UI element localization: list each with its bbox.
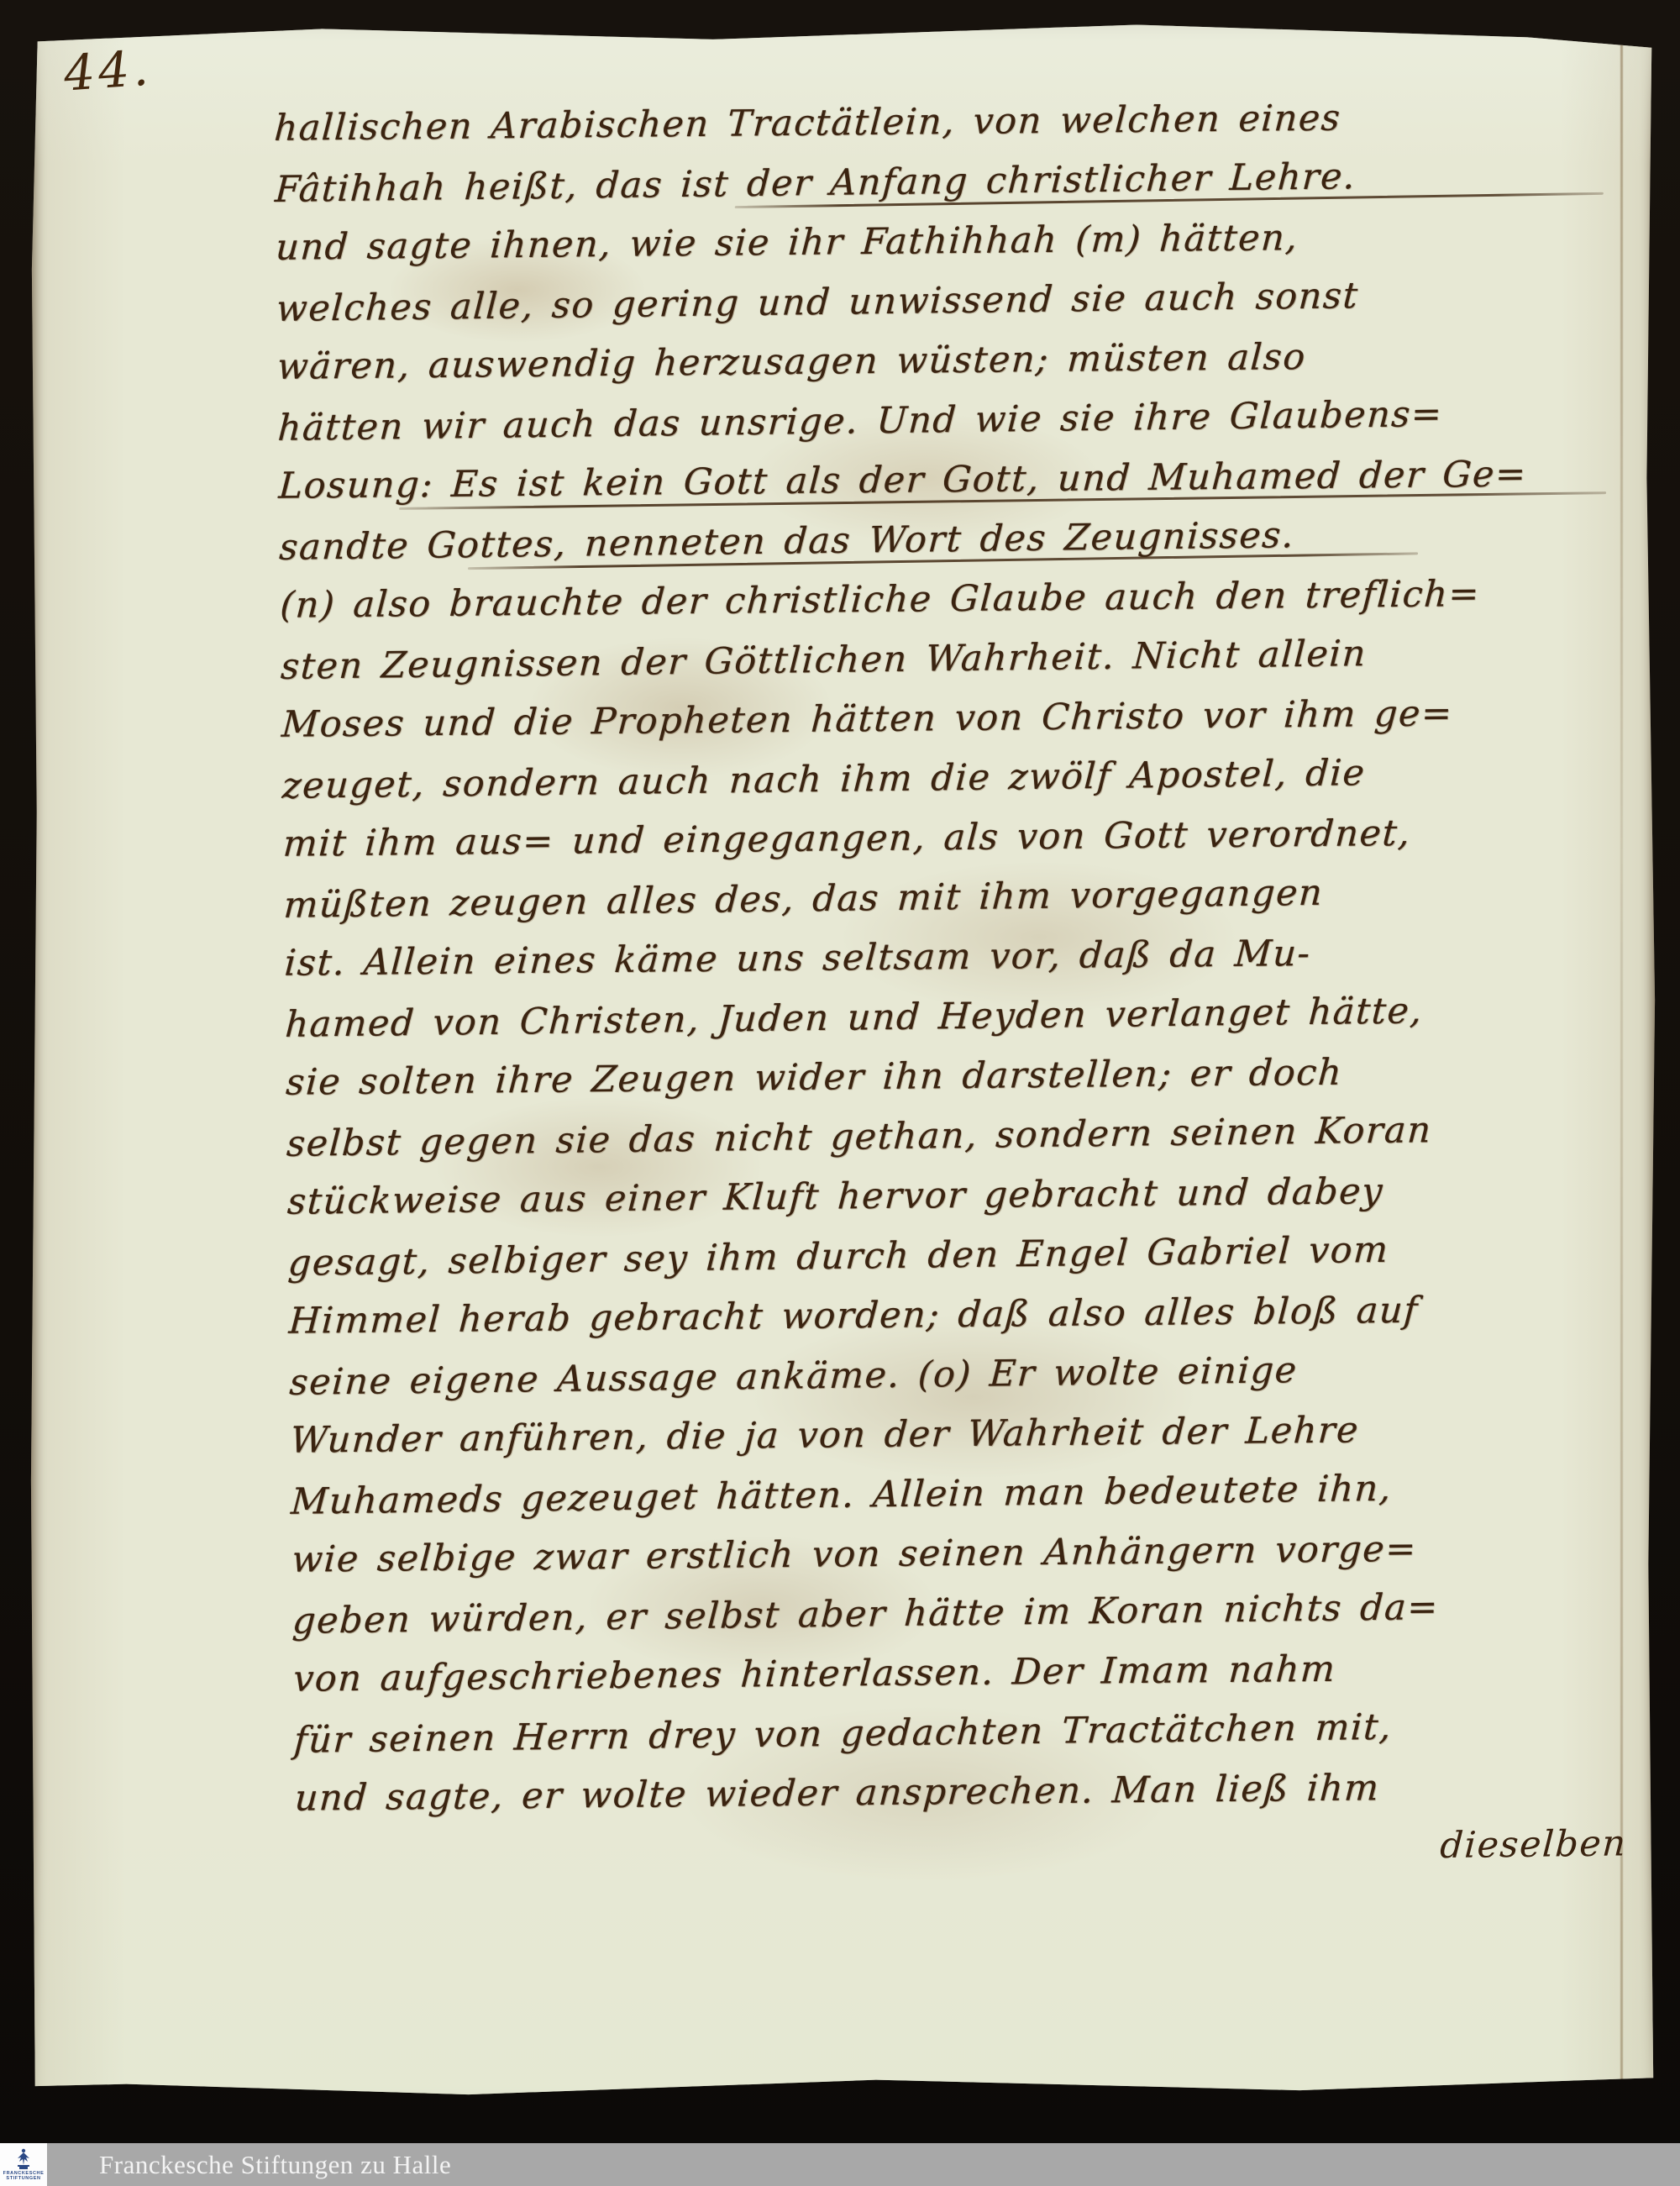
eagle-emblem-icon [14,2148,33,2170]
page-number: 44. [62,39,154,102]
institution-logo: FRANCKESCHE STIFTUNGEN [0,2143,47,2186]
watermark-bar: FRANCKESCHE STIFTUNGEN Franckesche Stift… [0,2143,1680,2186]
institution-name-label: Franckesche Stiftungen zu Halle [99,2150,451,2180]
handwritten-text-block: hallischen Arabischen Tractätlein, von w… [274,84,1652,1890]
manuscript-page: 44. hallischen Arabischen Tractätlein, v… [29,18,1658,2107]
logo-caption-line2: STIFTUNGEN [6,2176,40,2182]
